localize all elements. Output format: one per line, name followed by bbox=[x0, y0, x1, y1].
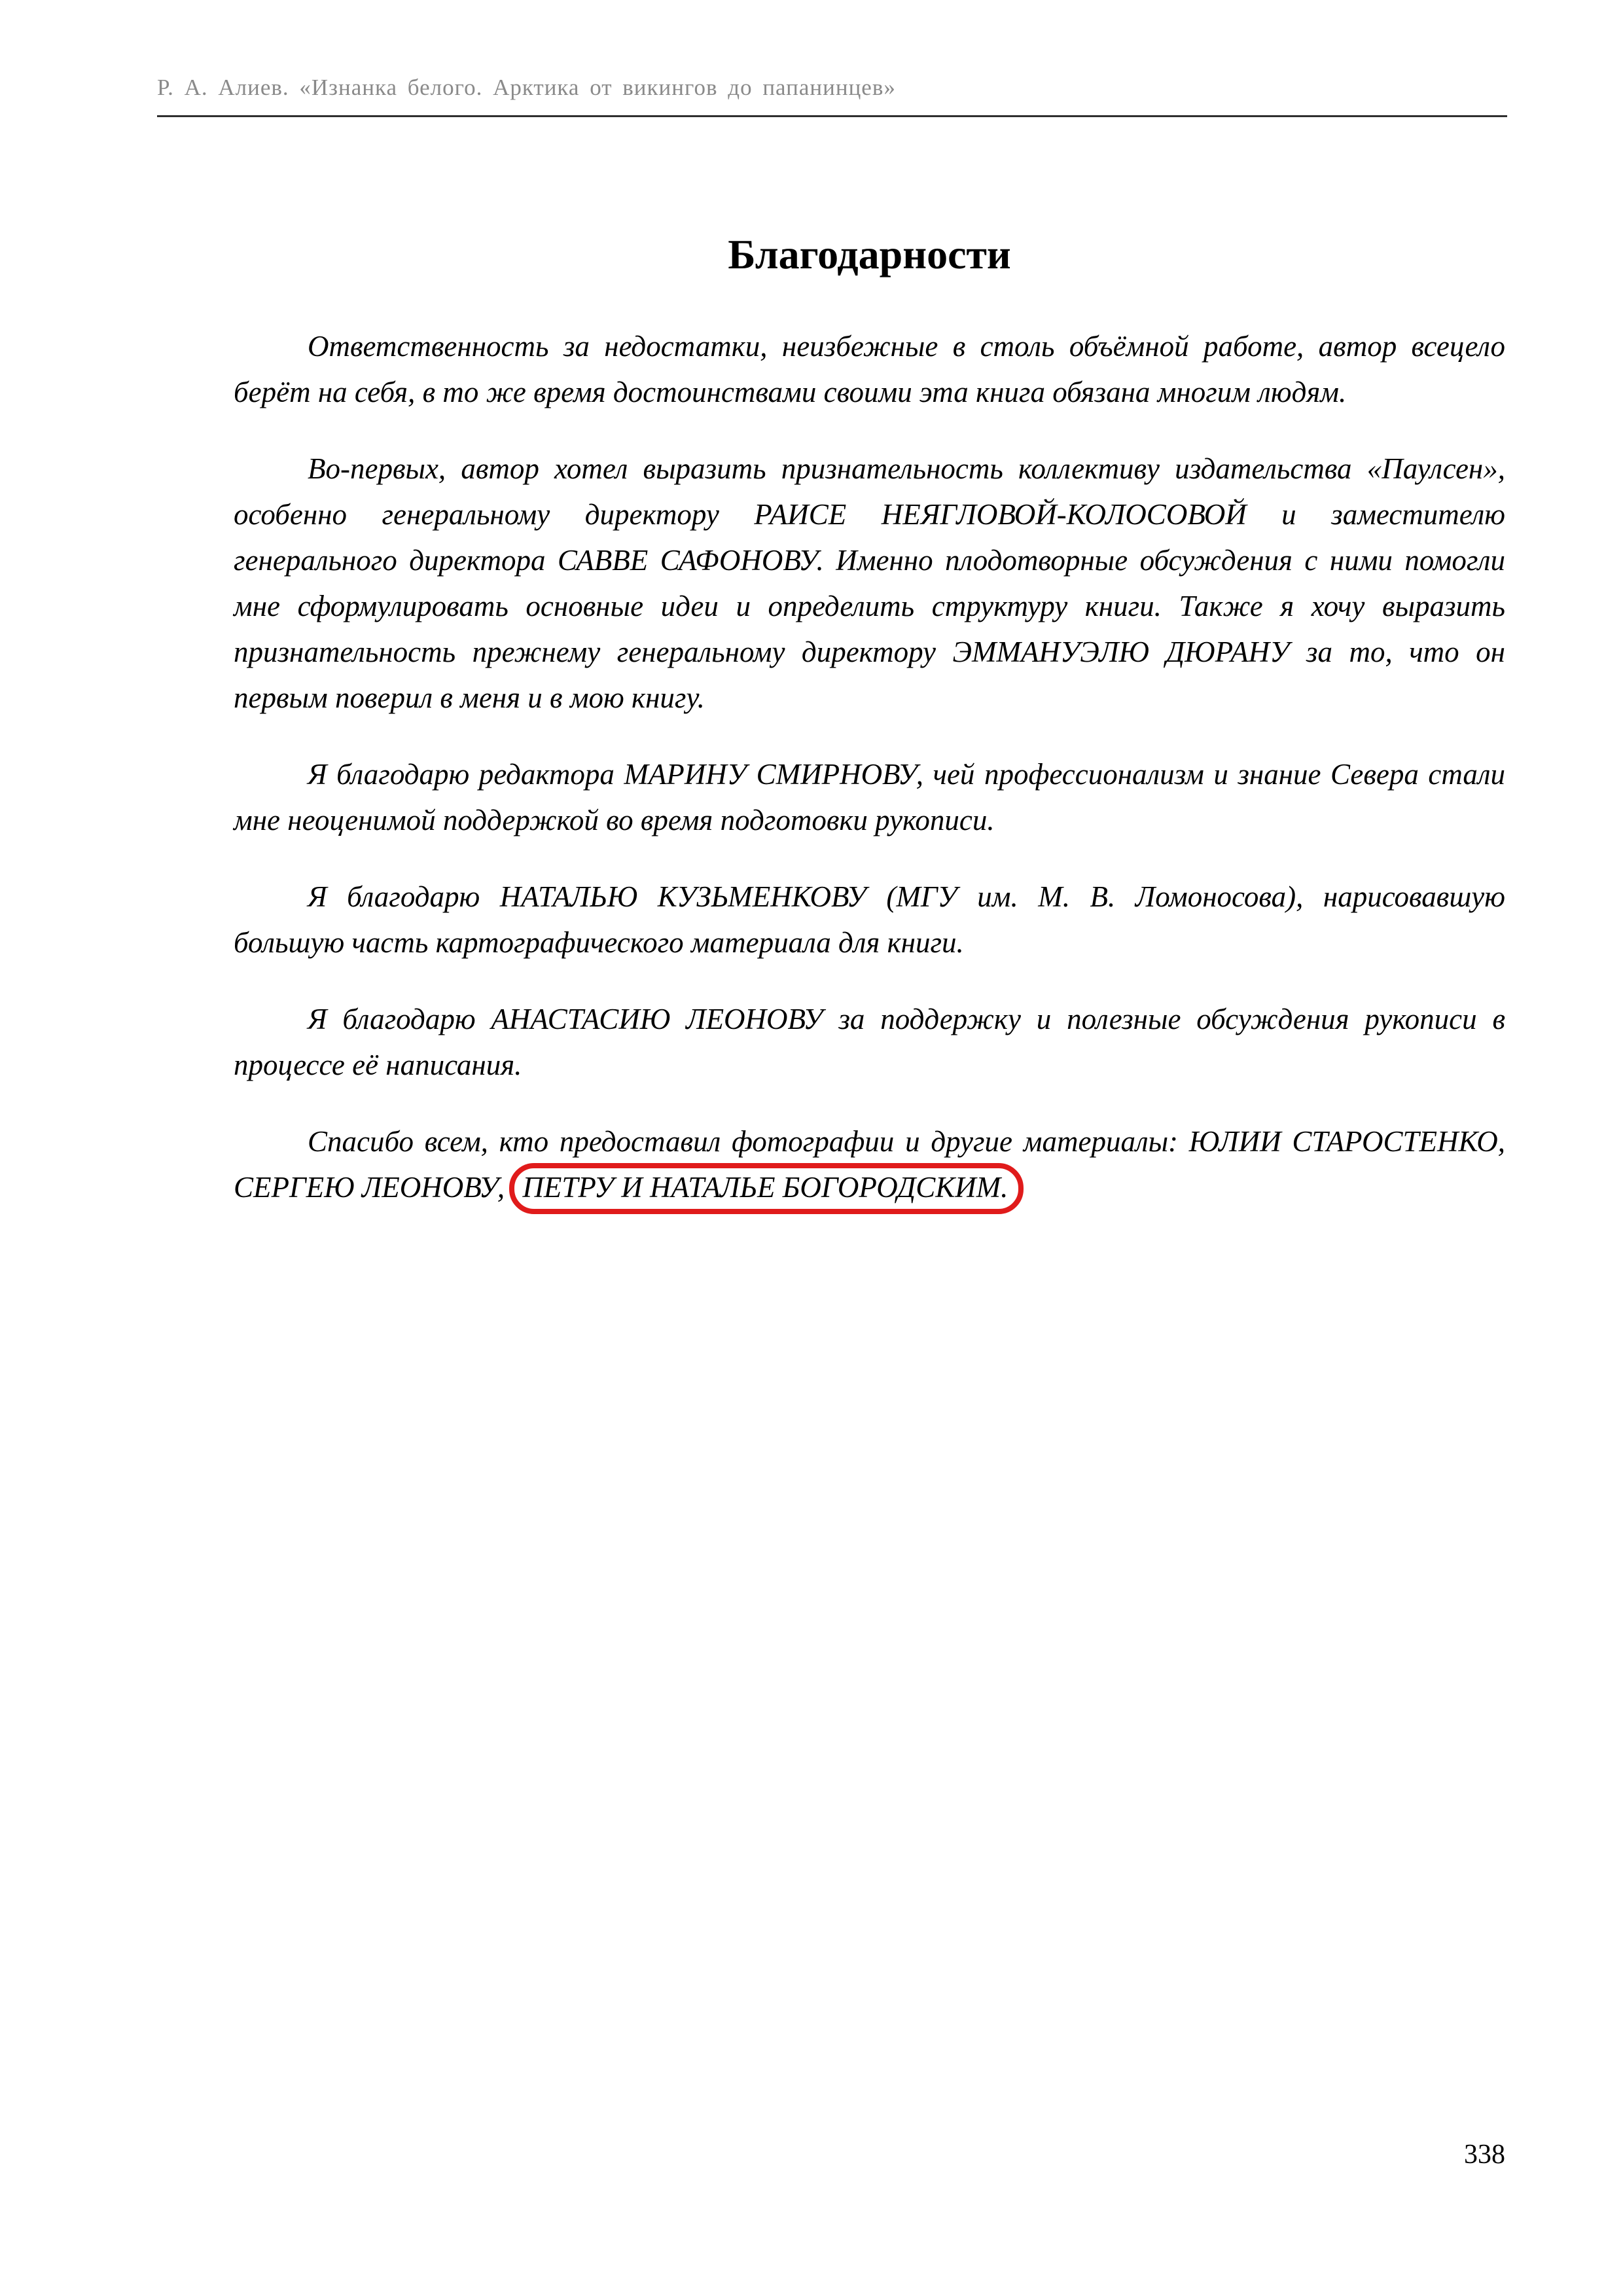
paragraph-responsibility: Ответственность за недостатки, неизбежны… bbox=[234, 323, 1505, 415]
red-annotation-box: ПЕТРУ И НАТАЛЬЕ БОГОРОДСКИМ. bbox=[509, 1163, 1024, 1214]
page-content: Благодарности Ответственность за недоста… bbox=[234, 230, 1505, 1241]
header-rule bbox=[157, 115, 1507, 117]
book-page: Р. А. Алиев. «Изнанка белого. Арктика от… bbox=[0, 0, 1623, 2296]
paragraph-editor-thanks: Я благодарю редактора МАРИНУ СМИРНОВУ, ч… bbox=[234, 751, 1505, 843]
paragraph-support-thanks: Я благодарю АНАСТАСИЮ ЛЕОНОВУ за поддерж… bbox=[234, 996, 1505, 1088]
highlighted-names: ПЕТРУ И НАТАЛЬЕ БОГОРОДСКИМ. bbox=[522, 1171, 1008, 1204]
page-number: 338 bbox=[1464, 2139, 1505, 2170]
page-title: Благодарности bbox=[234, 230, 1505, 279]
paragraph-cartographer-thanks: Я благодарю НАТАЛЬЮ КУЗЬМЕНКОВУ (МГУ им.… bbox=[234, 874, 1505, 965]
paragraph-publisher-thanks: Во-первых, автор хотел выразить признате… bbox=[234, 446, 1505, 721]
paragraph-photo-credits: Спасибо всем, кто предоставил фотографии… bbox=[234, 1119, 1505, 1210]
running-header: Р. А. Алиев. «Изнанка белого. Арктика от… bbox=[157, 75, 1508, 101]
